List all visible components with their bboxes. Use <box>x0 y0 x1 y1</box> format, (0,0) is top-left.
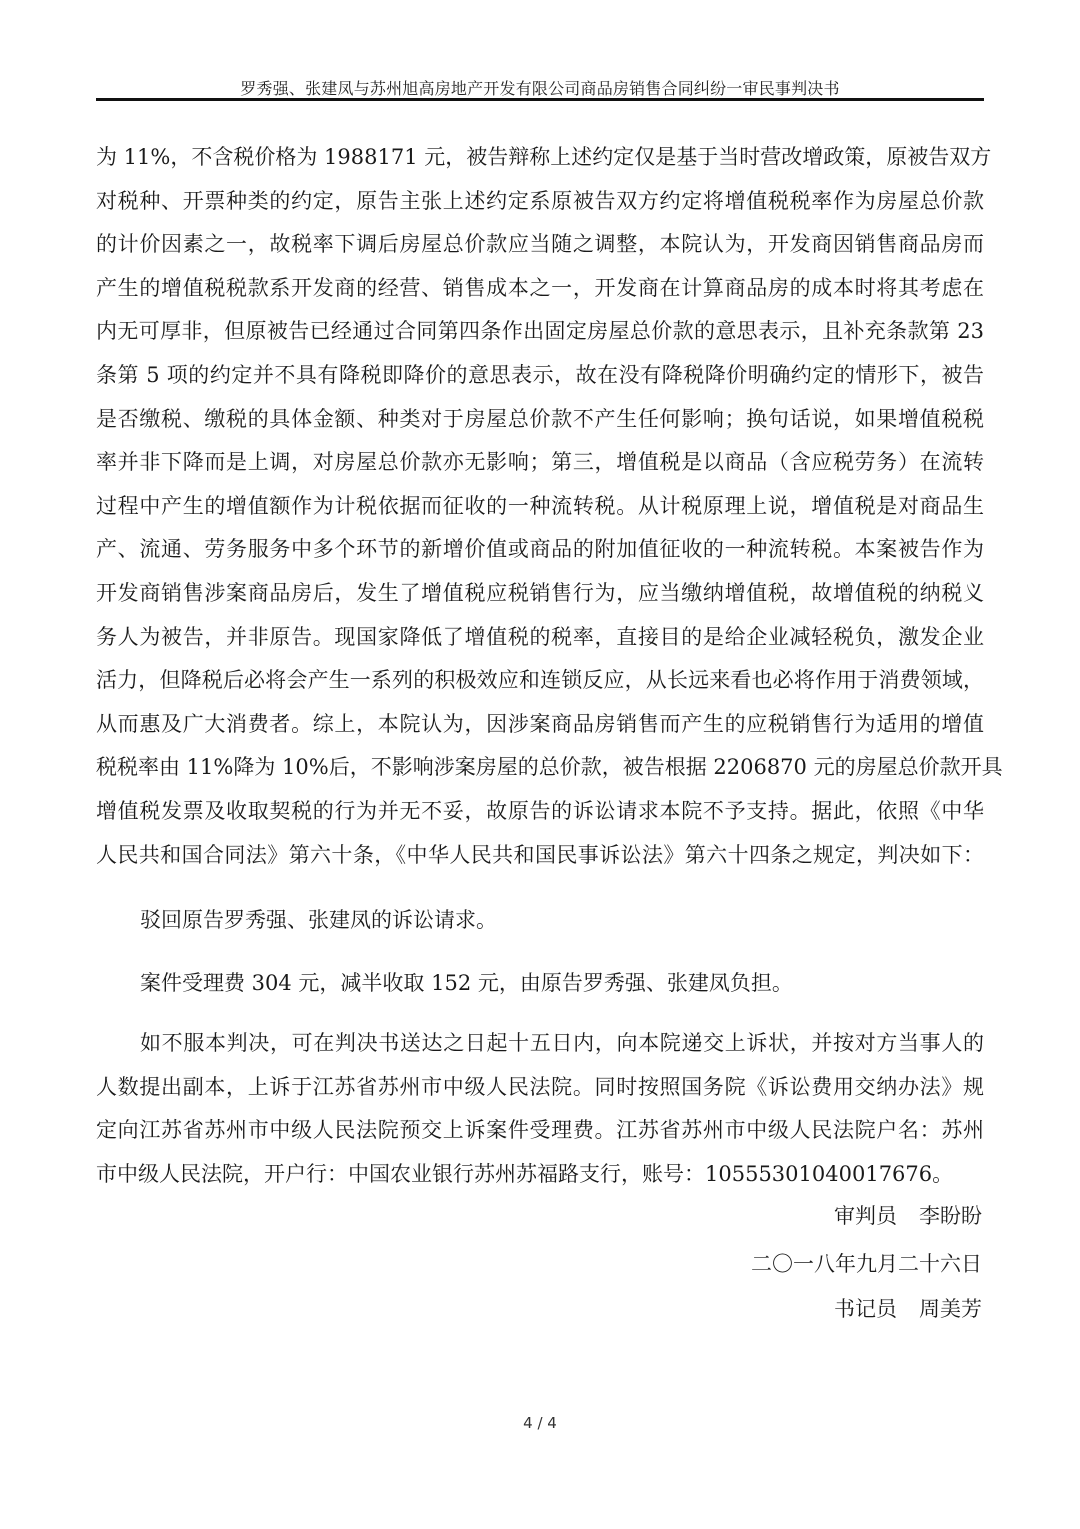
judgment-reject-claim: 驳回原告罗秀强、张建凤的诉讼请求。 <box>140 904 497 934</box>
judge-title: 审判员 <box>834 1204 897 1228</box>
text-line: 过程中产生的增值额作为计税依据而征收的一种流转税。从计税原理上说，增值税是对商品… <box>96 485 984 529</box>
text-line: 务人为被告，并非原告。现国家降低了增值税的税率，直接目的是给企业减轻税负，激发企… <box>96 616 984 660</box>
judge-signature: 审判员李盼盼 <box>834 1200 982 1230</box>
text-line: 人民共和国合同法》第六十条，《中华人民共和国民事诉讼法》第六十四条之规定，判决如… <box>96 834 984 878</box>
clerk-name: 周美芳 <box>919 1297 982 1321</box>
page-number: 4 / 4 <box>0 1414 1080 1432</box>
text-line: 如不服本判决，可在判决书送达之日起十五日内，向本院递交上诉状，并按对方当事人的 <box>96 1022 984 1066</box>
header-divider <box>96 98 984 101</box>
judgment-court-fee: 案件受理费 304 元，减半收取 152 元，由原告罗秀强、张建凤负担。 <box>140 967 793 997</box>
text-line: 率并非下降而是上调，对房屋总价款亦无影响；第三，增值税是以商品（含应税劳务）在流… <box>96 441 984 485</box>
reasoning-paragraph: 为 11%，不含税价格为 1988171 元，被告辩称上述约定仅是基于当时营改增… <box>96 136 984 877</box>
document-title: 罗秀强、张建凤与苏州旭高房地产开发有限公司商品房销售合同纠纷一审民事判决书 <box>96 76 984 99</box>
text-line: 对税种、开票种类的约定，原告主张上述约定系原被告双方约定将增值税税率作为房屋总价… <box>96 180 984 224</box>
judgment-date: 二〇一八年九月二十六日 <box>751 1248 982 1278</box>
text-line: 从而惠及广大消费者。综上，本院认为，因涉案商品房销售而产生的应税销售行为适用的增… <box>96 703 984 747</box>
clerk-signature: 书记员周美芳 <box>834 1293 982 1323</box>
judge-name: 李盼盼 <box>919 1204 982 1228</box>
text-line: 市中级人民法院，开户行：中国农业银行苏州苏福路支行，账号：10555301040… <box>96 1153 984 1197</box>
text-line: 是否缴税、缴税的具体金额、种类对于房屋总价款不产生任何影响；换句话说，如果增值税… <box>96 398 984 442</box>
text-line: 开发商销售涉案商品房后，发生了增值税应税销售行为，应当缴纳增值税，故增值税的纳税… <box>96 572 984 616</box>
text-line: 税税率由 11%降为 10%后，不影响涉案房屋的总价款，被告根据 2206870… <box>96 746 984 790</box>
text-line: 增值税发票及收取契税的行为并无不妥，故原告的诉讼请求本院不予支持。据此，依照《中… <box>96 790 984 834</box>
clerk-title: 书记员 <box>834 1297 897 1321</box>
text-line: 定向江苏省苏州市中级人民法院预交上诉案件受理费。江苏省苏州市中级人民法院户名：苏… <box>96 1109 984 1153</box>
text-line: 人数提出副本，上诉于江苏省苏州市中级人民法院。同时按照国务院《诉讼费用交纳办法》… <box>96 1066 984 1110</box>
text-line: 的计价因素之一，故税率下调后房屋总价款应当随之调整，本院认为，开发商因销售商品房… <box>96 223 984 267</box>
text-line: 活力，但降税后必将会产生一系列的积极效应和连锁反应，从长远来看也必将作用于消费领… <box>96 659 984 703</box>
text-line: 为 11%，不含税价格为 1988171 元，被告辩称上述约定仅是基于当时营改增… <box>96 136 984 180</box>
text-line: 内无可厚非，但原被告已经通过合同第四条作出固定房屋总价款的意思表示，且补充条款第… <box>96 310 984 354</box>
text-line: 条第 5 项的约定并不具有降税即降价的意思表示，故在没有降税降价明确约定的情形下… <box>96 354 984 398</box>
text-line: 产生的增值税税款系开发商的经营、销售成本之一，开发商在计算商品房的成本时将其考虑… <box>96 267 984 311</box>
text-line: 产、流通、劳务服务中多个环节的新增价值或商品的附加值征收的一种流转税。本案被告作… <box>96 528 984 572</box>
appeal-paragraph: 如不服本判决，可在判决书送达之日起十五日内，向本院递交上诉状，并按对方当事人的 … <box>96 1022 984 1196</box>
